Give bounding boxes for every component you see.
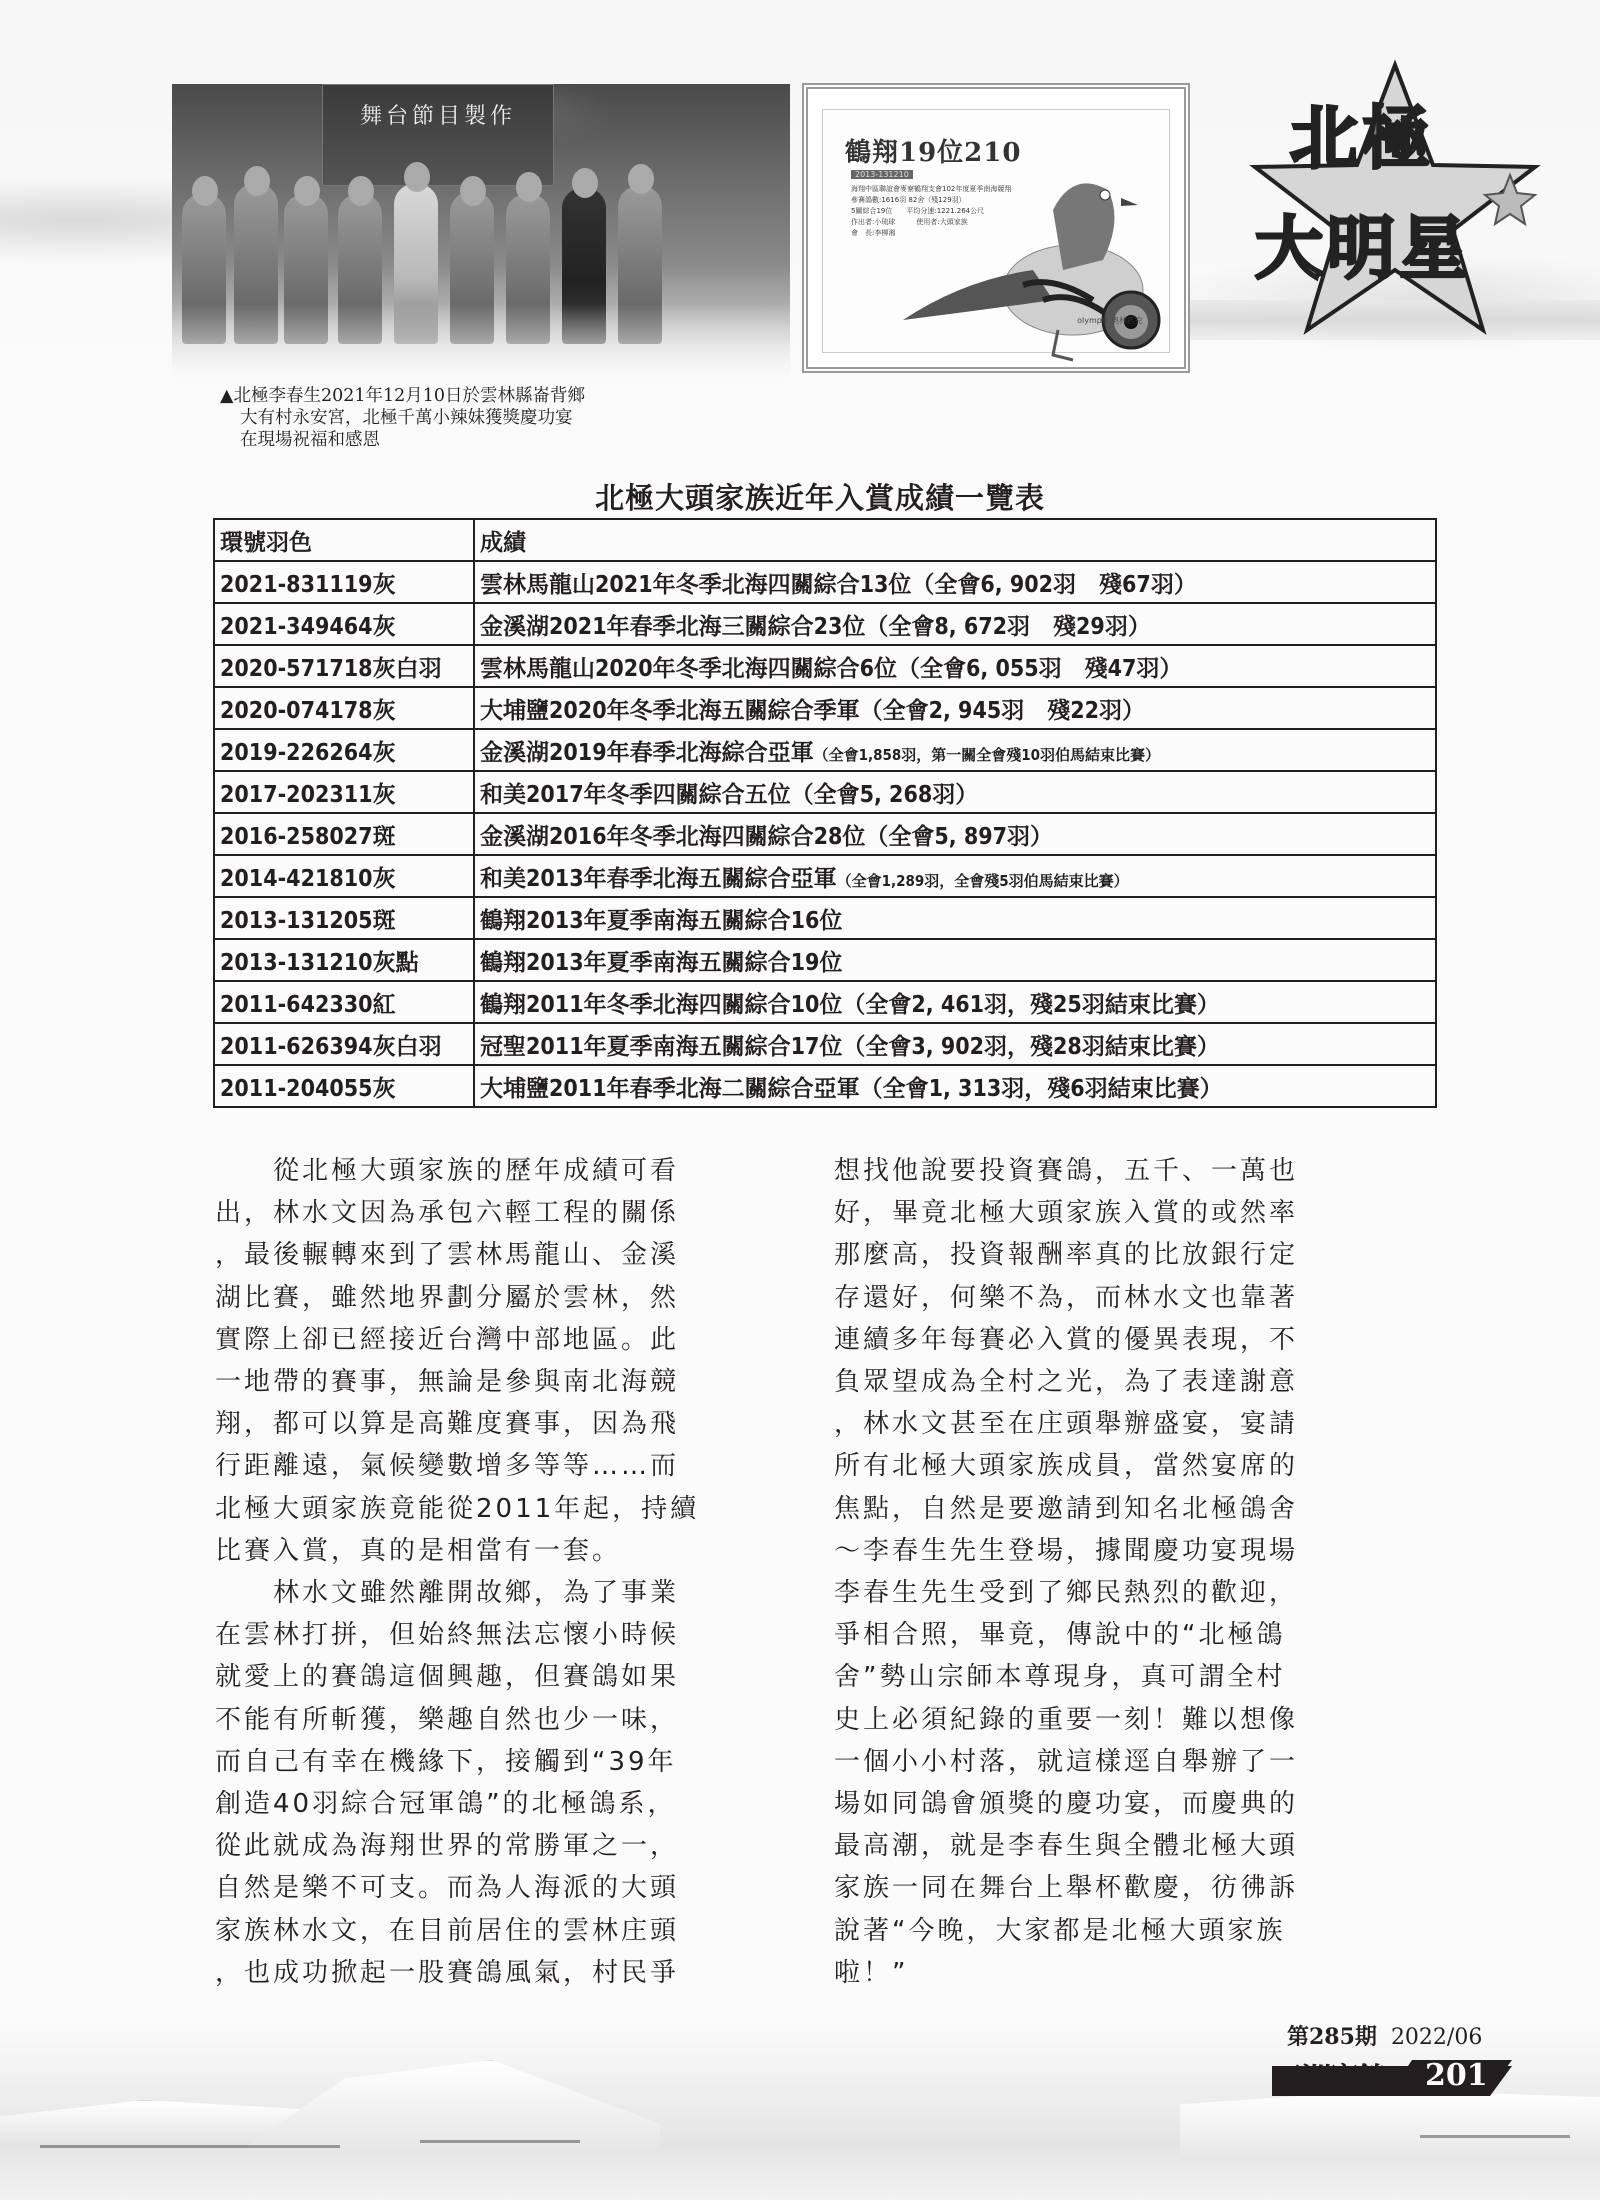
cell-result: 鶴翔2013年夏季南海五關綜合19位 <box>474 939 1436 981</box>
table-row: 2014-421810灰 和美2013年春季北海五關綜合亞軍（全會1,289羽，… <box>214 855 1436 897</box>
article-line: 創造40羽綜合冠軍鴿”的北極鴿系， <box>215 1783 765 1825</box>
article-line: 翔，都可以算是高難度賽事，因為飛 <box>215 1403 765 1445</box>
article-line: 家族一同在舞台上舉杯歡慶，彷彿訴 <box>834 1867 1384 1909</box>
article-line: ，林水文甚至在庄頭舉辦盛宴，宴請 <box>834 1403 1384 1445</box>
table-header-row: 環號羽色 成績 <box>214 519 1436 561</box>
cell-ring: 2011-204055灰 <box>214 1065 474 1107</box>
article-line: 家族林水文，在目前居住的雲林庄頭 <box>215 1910 765 1952</box>
article-line: 比賽入賞，真的是相當有一套。 <box>215 1530 765 1572</box>
cell-result: 冠聖2011年夏季南海五關綜合17位（全會3, 902羽，殘28羽結束比賽） <box>474 1023 1436 1065</box>
table-row: 2013-131205斑 鶴翔2013年夏季南海五關綜合16位 <box>214 897 1436 939</box>
person-head <box>572 168 598 198</box>
article-line: 爭相合照，畢竟，傳說中的“北極鴿 <box>834 1614 1384 1656</box>
cell-ring: 2021-831119灰 <box>214 561 474 603</box>
article-line: 史上必須紀錄的重要一刻！難以想像 <box>834 1699 1384 1741</box>
certificate-title: 鶴翔19位210 <box>845 132 1021 169</box>
table-row: 2019-226264灰 金溪湖2019年春季北海綜合亞軍（全會1,858羽，第… <box>214 729 1436 771</box>
issue-info: 第285期 2022/06 <box>1287 2020 1482 2051</box>
certificate-line: 5關綜合19位 平均分速:1221.264公尺 <box>851 206 1041 217</box>
table-row: 2021-349464灰 金溪湖2021年春季北海三關綜合23位（全會8, 67… <box>214 603 1436 645</box>
article-line: 那麼高，投資報酬率真的比放銀行定 <box>834 1234 1384 1276</box>
person-head <box>192 176 218 206</box>
logo-text-line1: 北極 <box>1290 85 1434 182</box>
certificate-details: 海翔中區聯誼會麥寮鶴翔支會102年度夏季南海競翔 參賽鴿數:1616羽 82舍（… <box>851 184 1041 239</box>
article-line: 啦！” <box>834 1952 1384 1994</box>
photo-fade <box>172 304 790 384</box>
person-head <box>348 176 374 206</box>
table-row: 2013-131210灰點 鶴翔2013年夏季南海五關綜合19位 <box>214 939 1436 981</box>
column-logo: 北極 大明星 <box>1235 55 1555 345</box>
article-line: 一地帶的賽事，無論是參與南北海競 <box>215 1361 765 1403</box>
certificate-ring: 2013-131210 <box>851 170 913 179</box>
issue-date: 2022/06 <box>1391 2025 1482 2050</box>
certificate-line: 會 長:李柳湘 <box>851 228 1041 239</box>
table-row: 2020-074178灰 大埔鹽2020年冬季北海五關綜合季軍（全會2, 945… <box>214 687 1436 729</box>
cell-result: 雲林馬龍山2021年冬季北海四關綜合13位（全會6, 902羽 殘67羽） <box>474 561 1436 603</box>
article-line: 場如同鴿會頒獎的慶功宴，而慶典的 <box>834 1783 1384 1825</box>
article-line: 最高潮，就是李春生與全體北極大頭 <box>834 1825 1384 1867</box>
caption-line: 在現場祝福和感恩 <box>240 429 800 451</box>
cell-result: 雲林馬龍山2020年冬季北海四關綜合6位（全會6, 055羽 殘47羽） <box>474 645 1436 687</box>
cell-result: 大埔鹽2020年冬季北海五關綜合季軍（全會2, 945羽 殘22羽） <box>474 687 1436 729</box>
photo-caption: ▲北極李春生2021年12月10日於雲林縣崙背鄉 大有村永安宮，北極千萬小辣妹獲… <box>240 385 800 451</box>
cell-result: 和美2013年春季北海五關綜合亞軍（全會1,289羽，全會殘5羽伯馬結束比賽） <box>474 855 1436 897</box>
magazine-name: 五洲賽鴿 <box>1273 2054 1385 2098</box>
article-line: 從此就成為海翔世界的常勝軍之一， <box>215 1825 765 1867</box>
result-note: （全會1,858羽，第一關全會殘10羽伯馬結束比賽） <box>814 746 1160 764</box>
table-row: 2016-258027斑 金溪湖2016年冬季北海四關綜合28位（全會5, 89… <box>214 813 1436 855</box>
article-line: 北極大頭家族竟能從2011年起，持續 <box>215 1488 765 1530</box>
cell-ring: 2021-349464灰 <box>214 603 474 645</box>
article-line: 一個小小村落，就這樣逕自舉辦了一 <box>834 1741 1384 1783</box>
result-main: 和美2013年春季北海五關綜合亞軍 <box>480 866 837 892</box>
article-line: 焦點，自然是要邀請到知名北極鴿舍 <box>834 1488 1384 1530</box>
article-line: 不能有所斬獲，樂趣自然也少一味， <box>215 1699 765 1741</box>
pigeon-illustration <box>883 150 1163 370</box>
table-row: 2021-831119灰 雲林馬龍山2021年冬季北海四關綜合13位（全會6, … <box>214 561 1436 603</box>
cell-result: 和美2017年冬季四關綜合五位（全會5, 268羽） <box>474 771 1436 813</box>
article-line: 自然是樂不可支。而為人海派的大頭 <box>215 1867 765 1909</box>
cell-ring: 2013-131205斑 <box>214 897 474 939</box>
table-row: 2011-204055灰 大埔鹽2011年春季北海二關綜合亞軍（全會1, 313… <box>214 1065 1436 1107</box>
cell-ring: 2020-571718灰白羽 <box>214 645 474 687</box>
article-line: 而自己有幸在機緣下，接觸到“39年 <box>215 1741 765 1783</box>
person-head <box>516 172 542 202</box>
article-line: ，也成功掀起一股賽鴿風氣，村民爭 <box>215 1952 765 1994</box>
certificate-frame: 鶴翔19位210 2013-131210 海翔中區聯誼會麥寮鶴翔支會102年度夏… <box>822 109 1170 353</box>
cell-ring: 2020-074178灰 <box>214 687 474 729</box>
table-row: 2011-642330紅 鶴翔2011年冬季北海四關綜合10位（全會2, 461… <box>214 981 1436 1023</box>
header-ring-color: 環號羽色 <box>214 519 474 561</box>
article-line: 李春生先生受到了鄉民熱烈的歡迎， <box>834 1572 1384 1614</box>
stage-sign: 舞台節目製作 <box>322 84 554 186</box>
cell-result: 大埔鹽2011年春季北海二關綜合亞軍（全會1, 313羽，殘6羽結束比賽） <box>474 1065 1436 1107</box>
cell-ring: 2014-421810灰 <box>214 855 474 897</box>
article-column-right: 想找他說要投資賽鴿，五千、一萬也 好，畢竟北極大頭家族入賞的或然率 那麼高，投資… <box>834 1150 1384 1994</box>
pigeon-certificate: 鶴翔19位210 2013-131210 海翔中區聯誼會麥寮鶴翔支會102年度夏… <box>802 83 1190 373</box>
cell-result: 金溪湖2016年冬季北海四關綜合28位（全會5, 897羽） <box>474 813 1436 855</box>
header-result: 成績 <box>474 519 1436 561</box>
certificate-line: 海翔中區聯誼會麥寮鶴翔支會102年度夏季南海競翔 <box>851 184 1041 195</box>
cell-result: 鶴翔2013年夏季南海五關綜合16位 <box>474 897 1436 939</box>
article-line: 負眾望成為全村之光，為了表達謝意 <box>834 1361 1384 1403</box>
table-row: 2011-626394灰白羽 冠聖2011年夏季南海五關綜合17位（全會3, 9… <box>214 1023 1436 1065</box>
article-line: 存還好，何樂不為，而林水文也靠著 <box>834 1277 1384 1319</box>
article-column-left: 從北極大頭家族的歷年成績可看 出，林水文因為承包六輕工程的關係 ，最後輾轉來到了… <box>215 1150 765 1994</box>
certificate-line: 參賽鴿數:1616羽 82舍（殘129羽） <box>851 195 1041 206</box>
table-title: 北極大頭家族近年入賞成績一覽表 <box>200 476 1440 517</box>
ice-shadow <box>1420 2135 1570 2138</box>
article-line: 實際上卻已經接近台灣中部地區。此 <box>215 1319 765 1361</box>
cell-result: 金溪湖2021年春季北海三關綜合23位（全會8, 672羽 殘29羽） <box>474 603 1436 645</box>
results-table: 環號羽色 成績 2021-831119灰 雲林馬龍山2021年冬季北海四關綜合1… <box>213 518 1437 1108</box>
person-head <box>404 162 430 192</box>
article-line: 出，林水文因為承包六輕工程的關係 <box>215 1192 765 1234</box>
table-row: 2020-571718灰白羽 雲林馬龍山2020年冬季北海四關綜合6位（全會6,… <box>214 645 1436 687</box>
logo-text-line2: 大明星 <box>1255 195 1471 292</box>
person-head <box>460 176 486 206</box>
cell-result: 鶴翔2011年冬季北海四關綜合10位（全會2, 461羽，殘25羽結束比賽） <box>474 981 1436 1023</box>
cell-ring: 2017-202311灰 <box>214 771 474 813</box>
article-line: 舍”勢山宗師本尊現身，真可謂全村 <box>834 1656 1384 1698</box>
article-line: ，最後輾轉來到了雲林馬龍山、金溪 <box>215 1234 765 1276</box>
person-head <box>628 164 654 194</box>
article-line: 就愛上的賽鴿這個興趣，但賽鴿如果 <box>215 1656 765 1698</box>
article-line: 所有北極大頭家族成員，當然宴席的 <box>834 1445 1384 1487</box>
result-note: （全會1,289羽，全會殘5羽伯馬結束比賽） <box>837 872 1129 890</box>
article-line: ～李春生先生登場，據聞慶功宴現場 <box>834 1530 1384 1572</box>
article-line: 林水文雖然離開故鄉，為了事業 <box>215 1572 765 1614</box>
result-main: 金溪湖2019年春季北海綜合亞軍 <box>480 740 814 766</box>
ice-shadow <box>420 2140 580 2143</box>
cell-ring: 2013-131210灰點 <box>214 939 474 981</box>
article-line: 想找他說要投資賽鴿，五千、一萬也 <box>834 1150 1384 1192</box>
page-number: 201 <box>1425 2058 1488 2093</box>
article-line: 從北極大頭家族的歷年成績可看 <box>215 1150 765 1192</box>
cell-ring: 2016-258027斑 <box>214 813 474 855</box>
article-line: 連續多年每賽必入賞的優異表現，不 <box>834 1319 1384 1361</box>
article-line: 在雲林打拼，但始終無法忘懷小時候 <box>215 1614 765 1656</box>
cell-ring: 2011-642330紅 <box>214 981 474 1023</box>
table-row: 2017-202311灰 和美2017年冬季四關綜合五位（全會5, 268羽） <box>214 771 1436 813</box>
caption-line: ▲北極李春生2021年12月10日於雲林縣崙背鄉 <box>220 385 800 407</box>
ring-number: 2013-131210 <box>855 170 909 179</box>
article-line: 行距離遠，氣候變數增多等等……而 <box>215 1445 765 1487</box>
issue-number: 第285期 <box>1287 2024 1377 2050</box>
certificate-brand: olympic 奧林匹克 <box>1077 315 1143 326</box>
iceberg-decoration <box>1180 2090 1600 2161</box>
event-photo: 舞台節目製作 <box>172 84 790 384</box>
ice-shadow <box>40 2145 340 2148</box>
certificate-line: 作出者:小琉球 使用者:大頭家族 <box>851 217 1041 228</box>
cell-ring: 2011-626394灰白羽 <box>214 1023 474 1065</box>
cell-result: 金溪湖2019年春季北海綜合亞軍（全會1,858羽，第一關全會殘10羽伯馬結束比… <box>474 729 1436 771</box>
stage-sign-text: 舞台節目製作 <box>323 99 553 130</box>
cell-ring: 2019-226264灰 <box>214 729 474 771</box>
article-line: 好，畢竟北極大頭家族入賞的或然率 <box>834 1192 1384 1234</box>
article-line: 說著“今晚，大家都是北極大頭家族 <box>834 1910 1384 1952</box>
article-line: 湖比賽，雖然地界劃分屬於雲林，然 <box>215 1277 765 1319</box>
person-head <box>294 176 320 206</box>
caption-line: 大有村永安宮，北極千萬小辣妹獲獎慶功宴 <box>240 407 800 429</box>
person-head <box>244 166 270 196</box>
